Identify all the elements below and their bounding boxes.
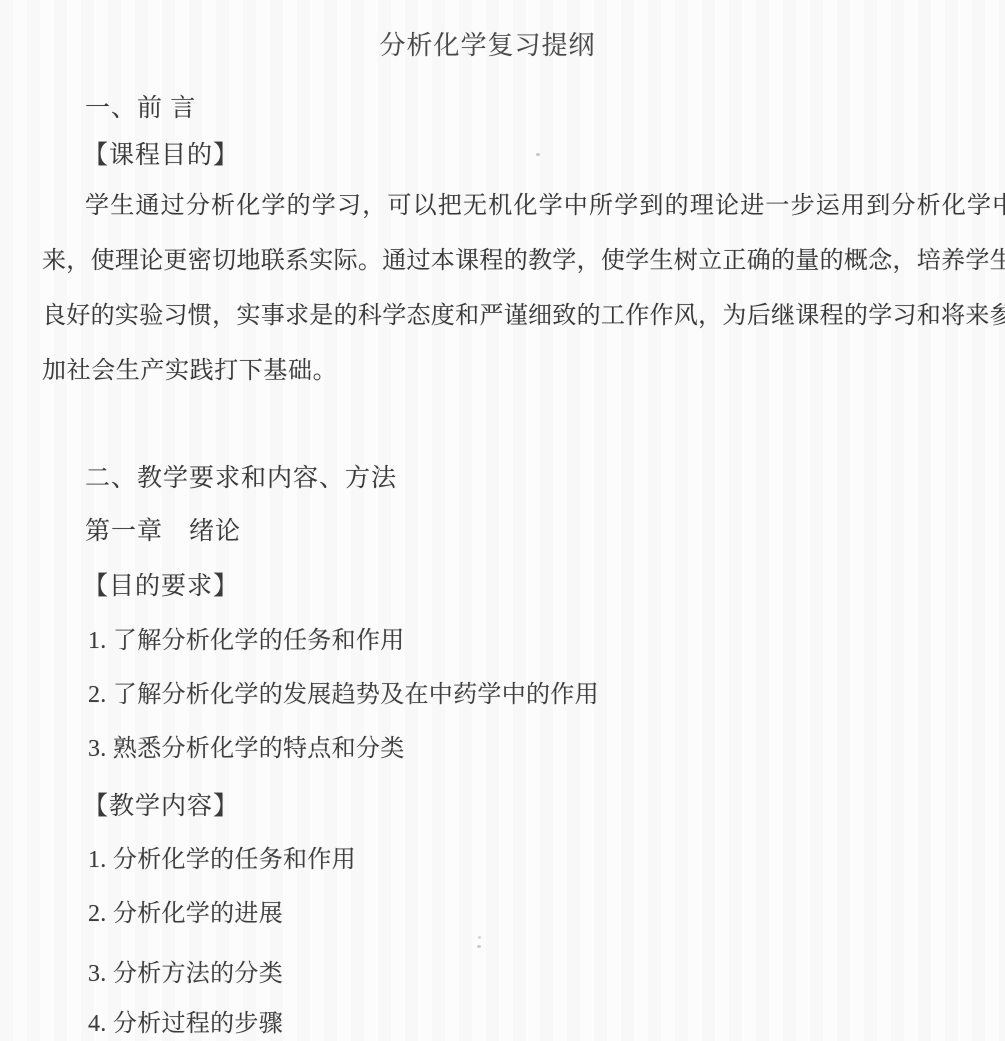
section-heading-preface: 一、前 言	[85, 94, 196, 124]
course-purpose-header: 【课程目的】	[83, 141, 239, 171]
chapter-title: 第一章 绪论	[85, 517, 241, 547]
scan-speck	[477, 945, 481, 948]
preface-paragraph-line: 来，使理论更密切地联系实际。通过本课程的教学，使学生树立正确的量的概念，培养学生	[42, 246, 1005, 276]
scan-speck	[536, 153, 540, 156]
section-heading-teaching: 二、教学要求和内容、方法	[85, 464, 397, 494]
objectives-header: 【目的要求】	[83, 572, 239, 602]
preface-paragraph-line: 良好的实验习惯，实事求是的科学态度和严谨细致的工作作风，为后继课程的学习和将来参	[42, 301, 1005, 331]
objective-item: 2. 了解分析化学的发展趋势及在中药学中的作用	[88, 680, 599, 710]
objective-item: 3. 熟悉分析化学的特点和分类	[88, 734, 405, 764]
scanned-document-page: 分析化学复习提纲 一、前 言 【课程目的】 学生通过分析化学的学习，可以把无机化…	[0, 0, 1005, 1041]
content-item: 4. 分析过程的步骤	[88, 1009, 283, 1039]
objective-item: 1. 了解分析化学的任务和作用	[88, 626, 405, 656]
scan-speck	[478, 936, 481, 939]
content-item: 3. 分析方法的分类	[88, 959, 283, 989]
content-item: 2. 分析化学的进展	[88, 899, 283, 929]
teaching-content-header: 【教学内容】	[83, 792, 239, 822]
preface-paragraph-line: 学生通过分析化学的学习，可以把无机化学中所学到的理论进一步运用到分析化学中	[85, 191, 1005, 221]
content-item: 1. 分析化学的任务和作用	[88, 845, 356, 875]
document-title: 分析化学复习提纲	[0, 31, 1005, 61]
preface-paragraph-line: 加社会生产实践打下基础。	[42, 356, 337, 386]
